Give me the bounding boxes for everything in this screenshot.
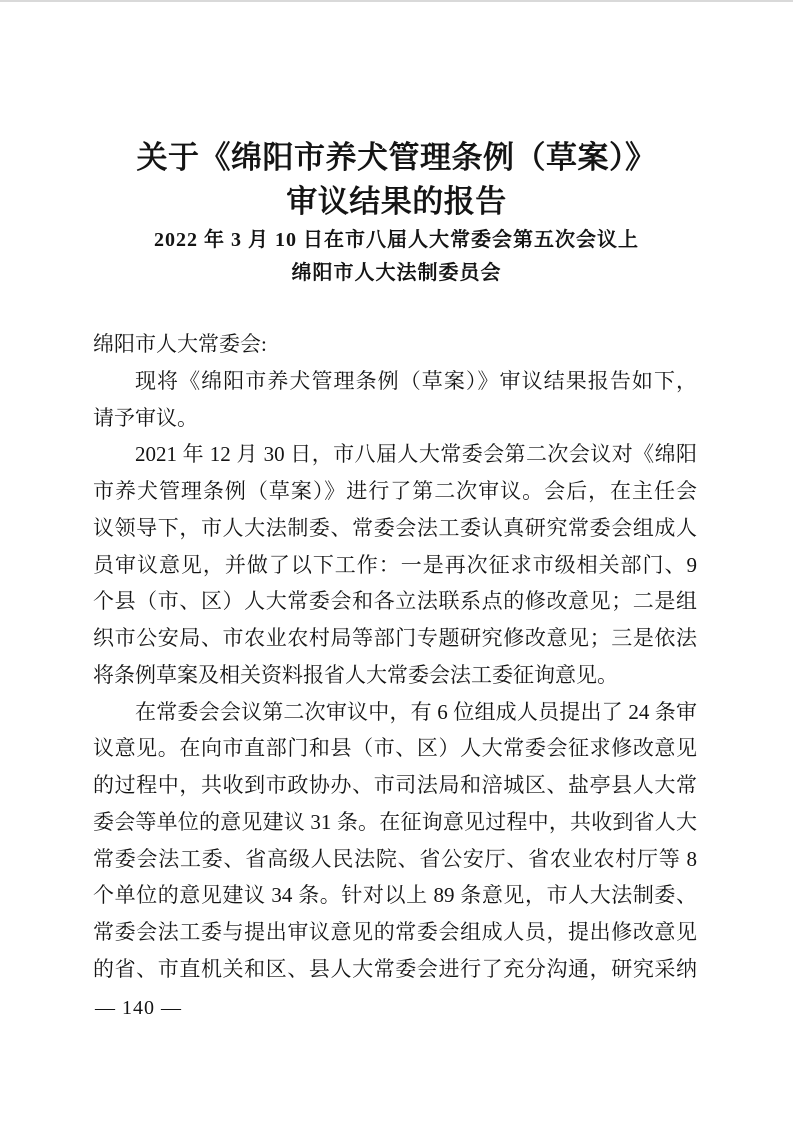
meeting-info-line: 2022 年 3 月 10 日在市八届人大常委会第五次会议上 bbox=[0, 224, 793, 257]
body-line: 现将《绵阳市养犬管理条例（草案）》审议结果报告如下， bbox=[93, 363, 697, 400]
body-line: 常委会法工委、省高级人民法院、省公安厅、省农业农村厅等 8 bbox=[93, 841, 697, 878]
body-line: 委会等单位的意见建议 31 条。在征询意见过程中，共收到省人大 bbox=[93, 804, 697, 841]
body-line: 2021 年 12 月 30 日，市八届人大常委会第二次会议对《绵阳 bbox=[93, 436, 697, 473]
title-line-1: 关于《绵阳市养犬管理条例（草案）》 bbox=[0, 136, 793, 180]
body-line: 的省、市直机关和区、县人大常委会进行了充分沟通，研究采纳 bbox=[93, 951, 697, 988]
body-line: 市养犬管理条例（草案）》进行了第二次审议。会后，在主任会 bbox=[93, 473, 697, 510]
document-page: 关于《绵阳市养犬管理条例（草案）》 审议结果的报告 2022 年 3 月 10 … bbox=[0, 0, 793, 1122]
body-line: 在常委会会议第二次审议中，有 6 位组成人员提出了 24 条审 bbox=[93, 694, 697, 731]
body-line: 员审议意见，并做了以下工作：一是再次征求市级相关部门、9 bbox=[93, 547, 697, 584]
body-line: 议意见。在向市直部门和县（市、区）人大常委会征求修改意见 bbox=[93, 730, 697, 767]
body-line: 个单位的意见建议 34 条。针对以上 89 条意见，市人大法制委、 bbox=[93, 877, 697, 914]
body-line: 议领导下，市人大法制委、常委会法工委认真研究常委会组成人 bbox=[93, 510, 697, 547]
body-line: 常委会法工委与提出审议意见的常委会组成人员，提出修改意见 bbox=[93, 914, 697, 951]
body-line: 请予审议。 bbox=[93, 400, 697, 437]
body-line: 的过程中，共收到市政协办、市司法局和涪城区、盐亭县人大常 bbox=[93, 767, 697, 804]
body-line: 织市公安局、市农业农村局等部门专题研究修改意见；三是依法 bbox=[93, 620, 697, 657]
document-body: 绵阳市人大常委会: 现将《绵阳市养犬管理条例（草案）》审议结果报告如下， 请予审… bbox=[93, 326, 697, 988]
body-line: 将条例草案及相关资料报省人大常委会法工委征询意见。 bbox=[93, 657, 697, 694]
title-line-2: 审议结果的报告 bbox=[0, 180, 793, 224]
title-block: 关于《绵阳市养犬管理条例（草案）》 审议结果的报告 2022 年 3 月 10 … bbox=[0, 136, 793, 290]
body-line: 绵阳市人大常委会: bbox=[93, 326, 697, 363]
committee-name-line: 绵阳市人大法制委员会 bbox=[0, 257, 793, 290]
body-line: 个县（市、区）人大常委会和各立法联系点的修改意见；二是组 bbox=[93, 583, 697, 620]
scan-edge-artifact bbox=[0, 0, 793, 2]
page-number: — 140 — bbox=[95, 997, 182, 1020]
document-title: 关于《绵阳市养犬管理条例（草案）》 审议结果的报告 bbox=[0, 136, 793, 224]
